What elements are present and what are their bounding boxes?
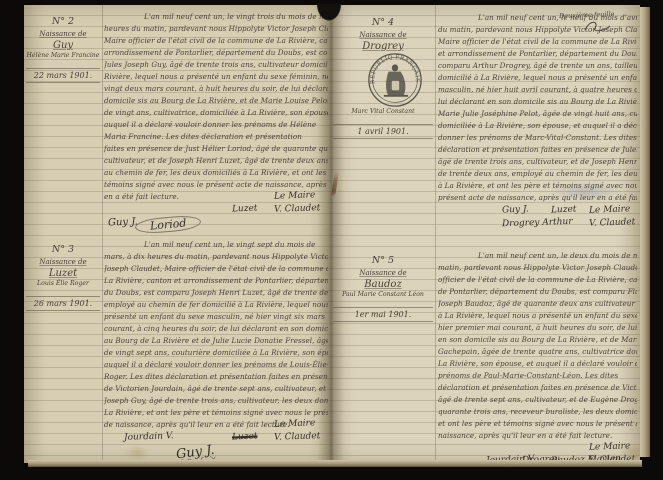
manuscript-line: Maire officier de l'état civil de la com…: [438, 36, 637, 48]
act-given-names: Marc Vital Constant: [333, 108, 433, 115]
manuscript-line: L'an mil neuf cent un, le deux du mois d…: [438, 250, 637, 262]
manuscript-line: employé au chemin de fer domicilié à La …: [104, 299, 328, 311]
witness-signature: Jourdain V.: [124, 431, 174, 443]
left-page: N° 2 Naissance de Guy Hélène Marie Franc…: [24, 5, 331, 463]
birth-act-2: N° 2 Naissance de Guy Hélène Marie Franc…: [24, 11, 331, 239]
manuscript-line: naissance, après qu'il leur en a été fai…: [438, 430, 637, 442]
manuscript-line: auquel il a déclaré vouloir donner les p…: [104, 119, 328, 131]
manuscript-text: L'an mil neuf cent un, le deux du mois d…: [438, 250, 637, 442]
manuscript-line: cultivateur, et de Joseph Henri Luzet, â…: [104, 155, 328, 167]
manuscript-line: Maria Francine. Les dites déclaration et…: [104, 131, 328, 143]
page-stack-fore-edge: [640, 7, 650, 457]
manuscript-line: déclaration et présentation faites en pr…: [438, 144, 637, 156]
manuscript-line: âgé de trente sept ans, cultivateur, et …: [438, 394, 637, 406]
manuscript-text: L'an mil neuf cent un, le vingt sept du …: [104, 239, 328, 431]
act-number: N° 2: [26, 16, 100, 27]
manuscript-line: La Rivière, et ont les père et témoins s…: [104, 407, 328, 419]
mayor-label: Le Maire: [589, 204, 631, 215]
manuscript-line: Marie Julie Joséphine Pelot, âgée de vin…: [438, 108, 637, 120]
manuscript-line: du matin, pardevant nous Hippolyte Victo…: [438, 24, 637, 36]
signature-row: Guy J. Luzet Le Maire: [438, 205, 637, 218]
act-type-label: Naissance de: [333, 269, 433, 277]
manuscript-line: prénoms de Paul-Marie-Constant-Léon. Les…: [438, 370, 637, 382]
signature: Luzet: [232, 204, 258, 215]
manuscript-line: domicilié à La Rivière, lequel nous a pr…: [438, 72, 637, 84]
page-stack-bottom-edge: [28, 460, 642, 467]
act-date: 1er mai 1901.: [333, 307, 433, 322]
signature-row: Guy J. Loriod: [104, 217, 328, 230]
manuscript-line: Joseph Guy, âgé de trente trois ans, cul…: [104, 395, 328, 407]
archive-scan-viewport: { "corner_note": "Deuxième feuille", "st…: [0, 0, 663, 480]
manuscript-line: domicile sis au Bourg de La Rivière, et …: [104, 95, 328, 107]
act-given-names: Louis Élie Roger: [26, 280, 100, 287]
manuscript-line: Roger. Les dites déclaration et présenta…: [104, 371, 328, 383]
manuscript-line: Rivière, lequel nous a présenté un enfan…: [104, 71, 328, 83]
manuscript-line: Joseph Claudet, Maire officier de l'état…: [104, 263, 328, 275]
manuscript-line: domiciliée à La Rivière, son épouse, et …: [438, 120, 637, 132]
manuscript-line: faites en présence de Just Hélier Loriod…: [104, 143, 328, 155]
manuscript-line: L'an mil neuf cent un, le vingt trois du…: [104, 11, 328, 23]
act-number: N° 3: [26, 244, 100, 255]
manuscript-line: masculin, né hier huit avril courant, à …: [438, 84, 637, 96]
act-3-margin: N° 3 Naissance de Luzet Louis Élie Roger…: [26, 241, 100, 311]
manuscript-line: Gachepain, âgée de trente quatre ans, cu…: [438, 346, 637, 358]
manuscript-text: L'an mil neuf cent un, le vingt trois du…: [104, 11, 328, 203]
manuscript-line: Maire officier de l'état civil de la com…: [104, 35, 328, 47]
manuscript-line: de Pontarlier, département du Doubs, est…: [438, 286, 637, 298]
manuscript-line: vingt deux mars courant, à huit heures d…: [104, 83, 328, 95]
manuscript-line: et arrondissement de Pontarlier, départe…: [438, 48, 637, 60]
act-given-names: Hélène Marie Francine: [26, 52, 100, 59]
witness-signature-flourish: Loriod: [135, 214, 202, 235]
act-type-label: Naissance de: [26, 30, 100, 38]
paper-stain: [124, 445, 150, 461]
birth-act-5: N° 5 Naissance de Baudoz Paul Marie Cons…: [331, 250, 640, 463]
act-given-names: Paul Marie Constant Léon: [333, 291, 433, 298]
manuscript-line: courant, à cinq heures du soir, de lui d…: [104, 323, 328, 335]
manuscript-line: Jules Joseph Guy, âgé de trente trois an…: [104, 59, 328, 71]
signature-row: Luzet V. Claudet: [104, 204, 328, 217]
manuscript-line: de Victorien Jourdain, âgé de trente sep…: [104, 383, 328, 395]
act-number: N° 5: [333, 255, 433, 266]
act-number: N° 4: [333, 17, 433, 28]
manuscript-line: heures du matin, pardevant nous Hippolyt…: [104, 23, 328, 35]
manuscript-line: officier de l'état civil de la commune d…: [438, 274, 637, 286]
manuscript-line: comparu Arthur Drogrey, âgé de trente un…: [438, 60, 637, 72]
mayor-label: Le Maire: [274, 418, 316, 429]
manuscript-line: hier premier mai courant, à huit heures …: [438, 322, 637, 334]
birth-act-3: N° 3 Naissance de Luzet Louis Élie Roger…: [24, 239, 331, 463]
manuscript-line: témoins signé avec nous le présent acte …: [104, 179, 328, 191]
act-3-body: L'an mil neuf cent un, le vingt sept du …: [104, 239, 328, 458]
act-surname: Drogrey: [333, 41, 433, 52]
act-date: 1 avril 1901.: [333, 124, 433, 139]
manuscript-line: âgé de trente trois ans, cultivateur, et…: [438, 156, 637, 168]
manuscript-line: en son domicile sis au Bourg de La Riviè…: [438, 334, 637, 346]
act-date: 22 mars 1901.: [26, 68, 100, 83]
father-signature: Drogrey Arthur: [502, 217, 573, 229]
manuscript-line: Joseph Baudoz, âgé de quarante deux ans …: [438, 298, 637, 310]
manuscript-line: auquel il a déclaré vouloir donner les p…: [104, 359, 328, 371]
father-signature: Guy J.: [108, 216, 138, 228]
official-stamp-icon: RÉPUBLIQUE FRANÇAISE: [367, 52, 423, 108]
right-page: Deuxième feuille N° 4 Naissance de Drogr…: [331, 5, 640, 463]
signature-row: Jourdain V. Luzet V. Claudet: [104, 432, 328, 445]
manuscript-line: La Rivière, canton et arrondissement de …: [104, 275, 328, 287]
manuscript-line: matin, pardevant nous Hippolyte Victor J…: [438, 262, 637, 274]
manuscript-line: arrondissement de Pontarlier, départemen…: [104, 47, 328, 59]
manuscript-line: déclaration et présentation faites en pr…: [438, 382, 637, 394]
manuscript-line: quarante trois ans, receveur buraliste, …: [438, 406, 637, 418]
mayor-signature: V. Claudet: [274, 203, 321, 215]
manuscript-line: de trente deux ans, employé au chemin de…: [438, 168, 637, 180]
act-2-margin: N° 2 Naissance de Guy Hélène Marie Franc…: [26, 13, 100, 83]
mayor-signature: V. Claudet: [274, 431, 321, 443]
act-surname: Luzet: [26, 268, 100, 279]
act-type-label: Naissance de: [26, 258, 100, 266]
mayor-signature: V. Claudet: [589, 217, 636, 229]
manuscript-line: mars, à dix heures du matin, pardevant n…: [104, 251, 328, 263]
manuscript-line: à La Rivière, lequel nous a présenté un …: [438, 310, 637, 322]
signature-row: Drogrey Arthur V. Claudet: [438, 218, 637, 231]
witness-signature: Luzet: [551, 205, 577, 216]
act-type-label: Naissance de: [333, 31, 433, 39]
manuscript-line: de vingt ans, cultivatrice, domiciliée à…: [104, 107, 328, 119]
manuscript-line: au chemin de fer, les deux domiciliés à …: [104, 167, 328, 179]
manuscript-line: au Bourg de La Rivière et de Julie Lucie…: [104, 335, 328, 347]
blue-ink-smudge: [549, 183, 623, 201]
manuscript-text: L'an mil neuf cent un, le neuf du mois d…: [438, 12, 637, 204]
birth-act-4: N° 4 Naissance de Drogrey Marc Vital Con…: [331, 12, 640, 250]
register-book-spread: N° 2 Naissance de Guy Hélène Marie Franc…: [24, 5, 650, 467]
manuscript-line: La Rivière, son épouse, et auquel il a d…: [438, 358, 637, 370]
mayor-label: Le Maire: [274, 190, 316, 201]
manuscript-line: L'an mil neuf cent un, le neuf du mois d…: [438, 12, 637, 24]
act-2-body: L'an mil neuf cent un, le vingt trois du…: [104, 11, 328, 230]
manuscript-line: de vingt sept ans, couturière domiciliée…: [104, 347, 328, 359]
manuscript-line: du Doubs, est comparu Joseph Henri Luzet…: [104, 287, 328, 299]
manuscript-line: donner les prénoms de Marc-Vital-Constan…: [438, 132, 637, 144]
struck-signature: Luzet: [232, 432, 258, 443]
witness-signature: Guy J.: [502, 205, 529, 216]
act-5-body: L'an mil neuf cent un, le deux du mois d…: [438, 250, 637, 463]
signature-row: Le Maire: [104, 191, 328, 204]
act-surname: Guy: [26, 40, 100, 51]
signature-row: Le Maire: [104, 419, 328, 432]
act-date: 26 mars 1901.: [26, 296, 100, 311]
signature-row: Le Maire: [438, 442, 637, 455]
act-surname: Baudoz: [333, 279, 433, 290]
manuscript-line: L'an mil neuf cent un, le vingt sept du …: [104, 239, 328, 251]
manuscript-line: lui déclarant en son domicile sis au Bou…: [438, 96, 637, 108]
manuscript-line: présenté un enfant du sexe masculin, né …: [104, 311, 328, 323]
manuscript-line: et ont les père et témoins signé avec no…: [438, 418, 637, 430]
act-5-margin: N° 5 Naissance de Baudoz Paul Marie Cons…: [333, 252, 433, 322]
